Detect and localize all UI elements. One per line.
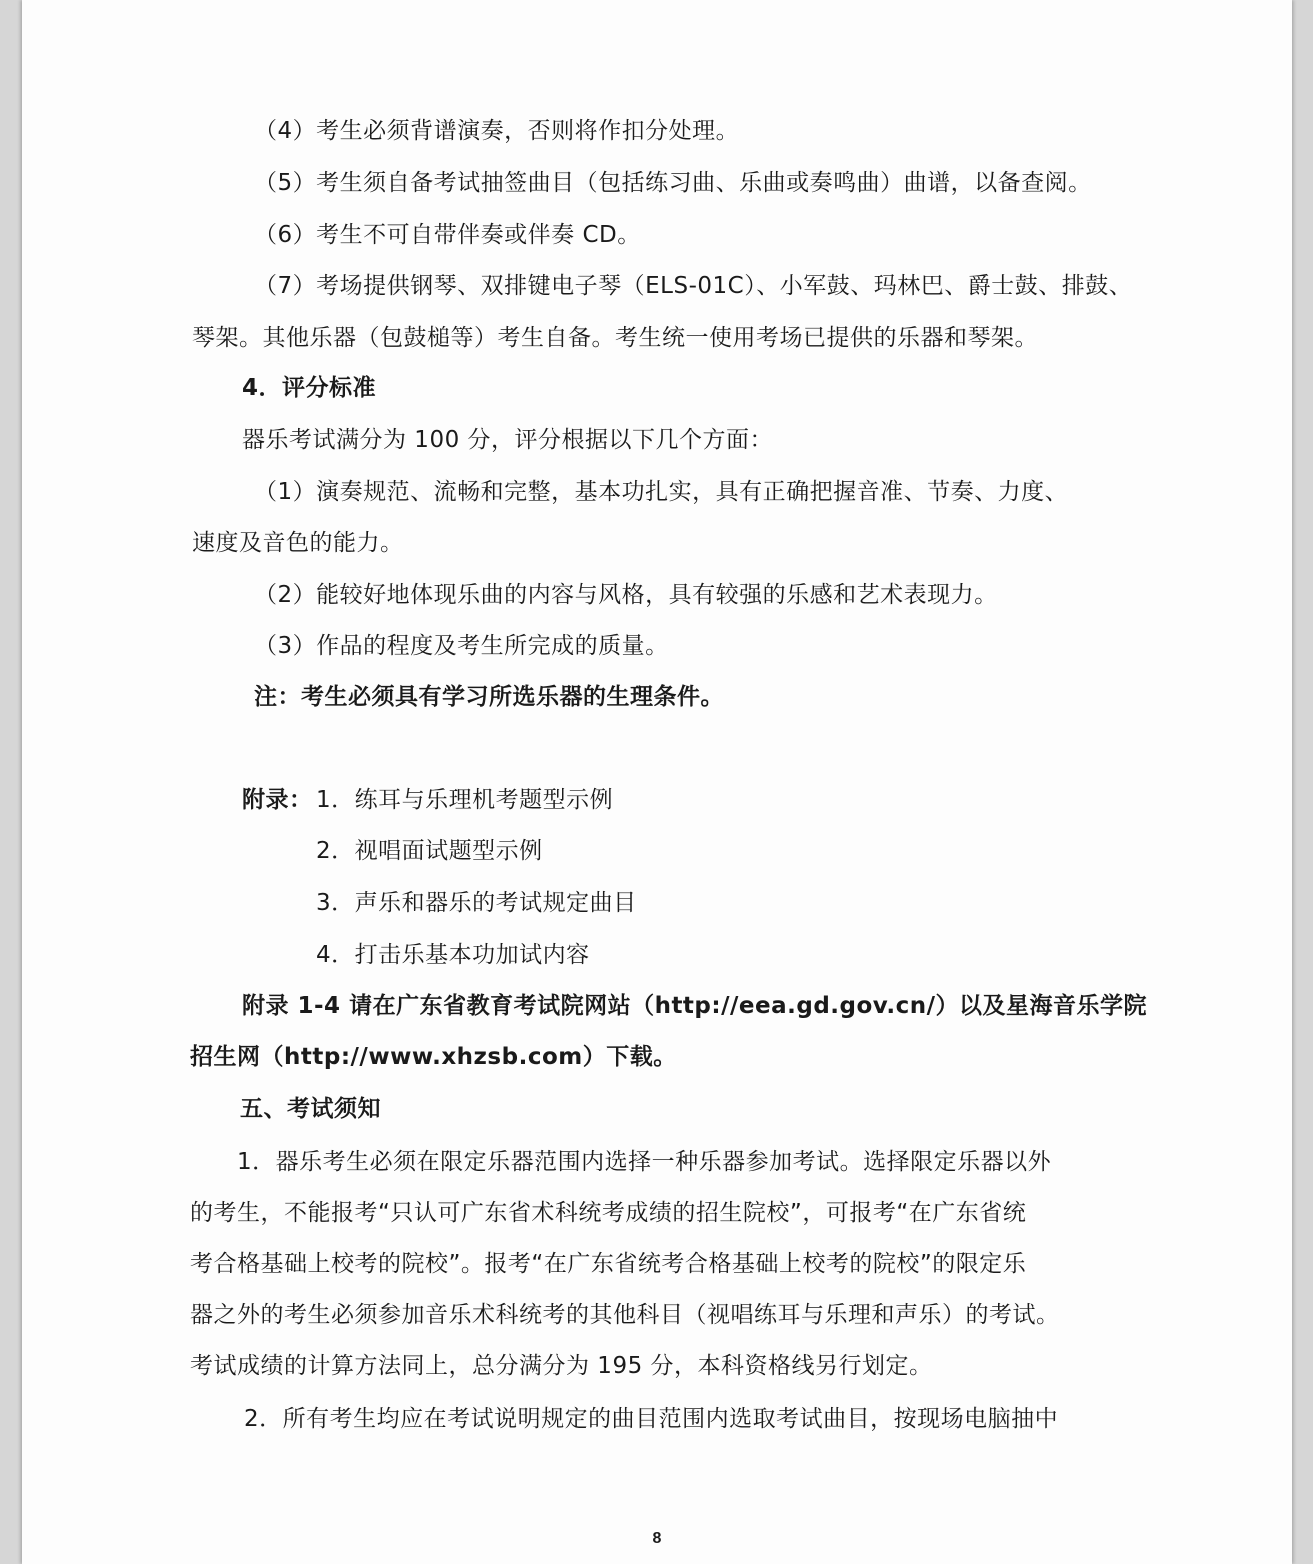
appendix-item-2: 2．视唱面试题型示例: [316, 836, 543, 866]
notice-1-line-1: 1．器乐考生必须在限定乐器范围内选择一种乐器参加考试。选择限定乐器以外: [237, 1147, 1051, 1177]
requirement-6: （6）考生不可自带伴奏或伴奏 CD。: [254, 220, 641, 250]
document-page: （4）考生必须背谱演奏，否则将作扣分处理。 （5）考生须自备考试抽签曲目（包括练…: [22, 0, 1292, 1564]
scoring-item-1-line-2: 速度及音色的能力。: [192, 528, 404, 558]
requirement-5: （5）考生须自备考试抽签曲目（包括练习曲、乐曲或奏鸣曲）曲谱，以备查阅。: [254, 168, 1092, 198]
section-heading-scoring: 4．评分标准: [242, 373, 376, 403]
appendix-label: 附录：: [242, 785, 313, 815]
requirement-4: （4）考生必须背谱演奏，否则将作扣分处理。: [254, 116, 739, 146]
appendix-item-1: 1．练耳与乐理机考题型示例: [316, 785, 613, 815]
requirement-7-line-1: （7）考场提供钢琴、双排键电子琴（ELS-01C）、小军鼓、玛林巴、爵士鼓、排鼓…: [254, 271, 1132, 301]
appendix-item-4: 4．打击乐基本功加试内容: [316, 940, 590, 970]
scoring-intro: 器乐考试满分为 100 分，评分根据以下几个方面：: [242, 425, 773, 455]
requirement-7-line-2: 琴架。其他乐器（包鼓槌等）考生自备。考生统一使用考场已提供的乐器和琴架。: [192, 323, 1038, 353]
appendix-item-3: 3．声乐和器乐的考试规定曲目: [316, 888, 637, 918]
scoring-item-2: （2）能较好地体现乐曲的内容与风格，具有较强的乐感和艺术表现力。: [254, 580, 998, 610]
document-viewer: （4）考生必须背谱演奏，否则将作扣分处理。 （5）考生须自备考试抽签曲目（包括练…: [0, 0, 1313, 1564]
scoring-item-3: （3）作品的程度及考生所完成的质量。: [254, 631, 669, 661]
download-instruction-line-2: 招生网（http://www.xhzsb.com）下载。: [190, 1042, 677, 1072]
scoring-item-1-line-1: （1）演奏规范、流畅和完整，基本功扎实，具有正确把握音准、节奏、力度、: [254, 477, 1068, 507]
notice-2-line-1: 2．所有考生均应在考试说明规定的曲目范围内选取考试曲目，按现场电脑抽中: [244, 1404, 1058, 1434]
notice-1-line-4: 器之外的考生必须参加音乐术科统考的其他科目（视唱练耳与乐理和声乐）的考试。: [190, 1300, 1060, 1330]
physiological-note: 注：考生必须具有学习所选乐器的生理条件。: [254, 682, 724, 712]
page-number: 8: [22, 1530, 1292, 1548]
section-heading-exam-notice: 五、考试须知: [240, 1094, 381, 1124]
notice-1-line-5: 考试成绩的计算方法同上，总分满分为 195 分，本科资格线另行划定。: [190, 1351, 933, 1381]
notice-1-line-3: 考合格基础上校考的院校”。报考“在广东省统考合格基础上校考的院校”的限定乐: [190, 1249, 1026, 1279]
notice-1-line-2: 的考生，不能报考“只认可广东省术科统考成绩的招生院校”，可报考“在广东省统: [190, 1198, 1026, 1228]
download-instruction-line-1: 附录 1-4 请在广东省教育考试院网站（http://eea.gd.gov.cn…: [242, 991, 1147, 1021]
